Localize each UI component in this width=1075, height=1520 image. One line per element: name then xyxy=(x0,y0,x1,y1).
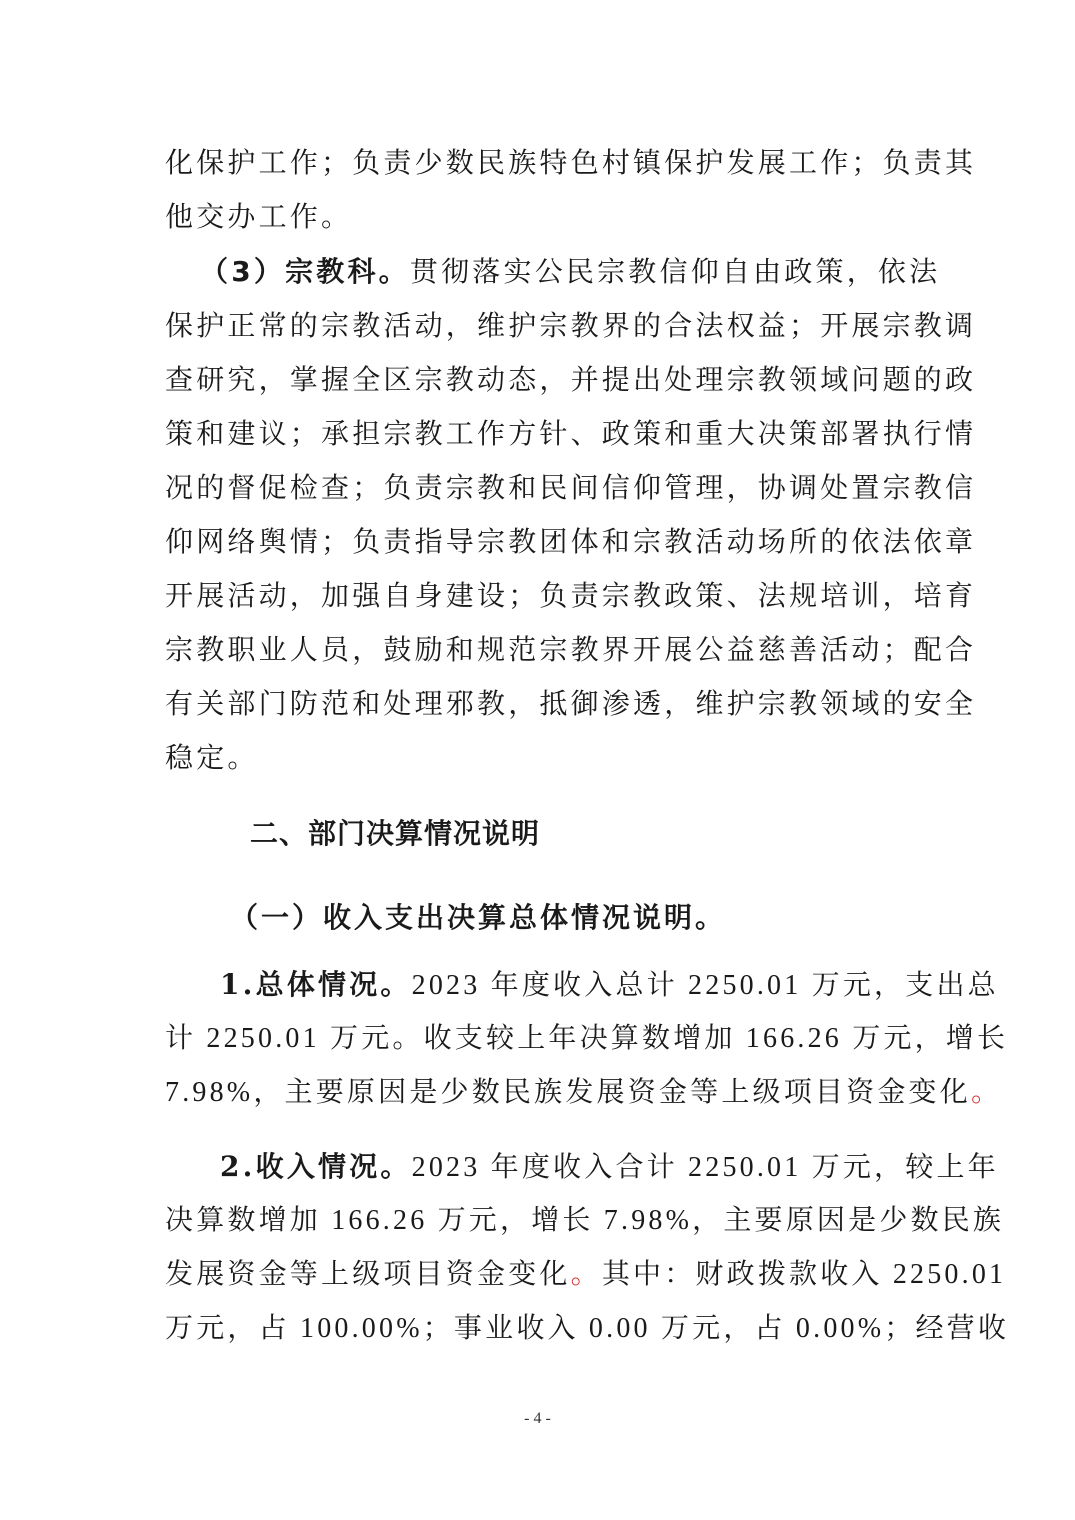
paragraph-line: 发展资金等上级项目资金变化。其中：财政拨款收入 2250.01 xyxy=(165,1255,915,1295)
paragraph-line: 策和建议；承担宗教工作方针、政策和重大决策部署执行情 xyxy=(165,414,915,454)
overall-line3-text: 7.98%，主要原因是少数民族发展资金等上级项目资金变化 xyxy=(165,1077,971,1108)
paragraph-line: 化保护工作；负责少数民族特色村镇保护发展工作；负责其 xyxy=(165,143,915,183)
paragraph-line: 决算数增加 166.26 万元，增长 7.98%，主要原因是少数民族 xyxy=(165,1201,915,1241)
income-label: 2.收入情况。 xyxy=(220,1150,412,1183)
overall-text: 2023 年度收入总计 2250.01 万元，支出总 xyxy=(412,970,999,1001)
paragraph-line: 保护正常的宗教活动，维护宗教界的合法权益；开展宗教调 xyxy=(165,306,915,346)
religion-section-label: （3）宗教科。 xyxy=(200,255,410,288)
paragraph-line: 宗教职业人员，鼓励和规范宗教界开展公益慈善活动；配合 xyxy=(165,630,915,670)
page-number: - 4 - xyxy=(0,1410,1075,1428)
religion-section-first-line: （3）宗教科。贯彻落实公民宗教信仰自由政策，依法 xyxy=(200,252,915,292)
document-page: 化保护工作；负责少数民族特色村镇保护发展工作；负责其 他交办工作。 （3）宗教科… xyxy=(0,0,1075,1520)
paragraph-line: 他交办工作。 xyxy=(165,197,915,237)
paragraph-line: 万元，占 100.00%；事业收入 0.00 万元，占 0.00%；经营收 xyxy=(165,1309,915,1349)
paragraph-line: 开展活动，加强自身建设；负责宗教政策、法规培训，培育 xyxy=(165,576,915,616)
paragraph-line: 查研究，掌握全区宗教动态，并提出处理宗教领域问题的政 xyxy=(165,360,915,400)
income-first-line: 2.收入情况。2023 年度收入合计 2250.01 万元，较上年 xyxy=(220,1147,915,1188)
section-heading: 二、部门决算情况说明 xyxy=(250,814,540,854)
revision-mark: 。 xyxy=(571,1259,602,1290)
overall-label: 1.总体情况。 xyxy=(220,968,412,1001)
paragraph-line: 稳定。 xyxy=(165,738,915,778)
subsection-heading: （一）收入支出决算总体情况说明。 xyxy=(230,898,726,938)
religion-section-text: 贯彻落实公民宗教信仰自由政策，依法 xyxy=(410,255,940,288)
income-text: 2023 年度收入合计 2250.01 万元，较上年 xyxy=(412,1152,999,1183)
paragraph-line: 计 2250.01 万元。收支较上年决算数增加 166.26 万元，增长 xyxy=(165,1019,915,1059)
paragraph-line: 7.98%，主要原因是少数民族发展资金等上级项目资金变化。 xyxy=(165,1073,915,1113)
overall-first-line: 1.总体情况。2023 年度收入总计 2250.01 万元，支出总 xyxy=(220,965,915,1006)
paragraph-line: 有关部门防范和处理邪教，抵御渗透，维护宗教领域的安全 xyxy=(165,684,915,724)
paragraph-line: 仰网络舆情；负责指导宗教团体和宗教活动场所的依法依章 xyxy=(165,522,915,562)
income-line3-rest: 其中：财政拨款收入 2250.01 xyxy=(602,1259,1006,1290)
revision-mark: 。 xyxy=(971,1077,1002,1108)
income-line3-start: 发展资金等上级项目资金变化 xyxy=(165,1259,571,1290)
paragraph-line: 况的督促检查；负责宗教和民间信仰管理，协调处置宗教信 xyxy=(165,468,915,508)
